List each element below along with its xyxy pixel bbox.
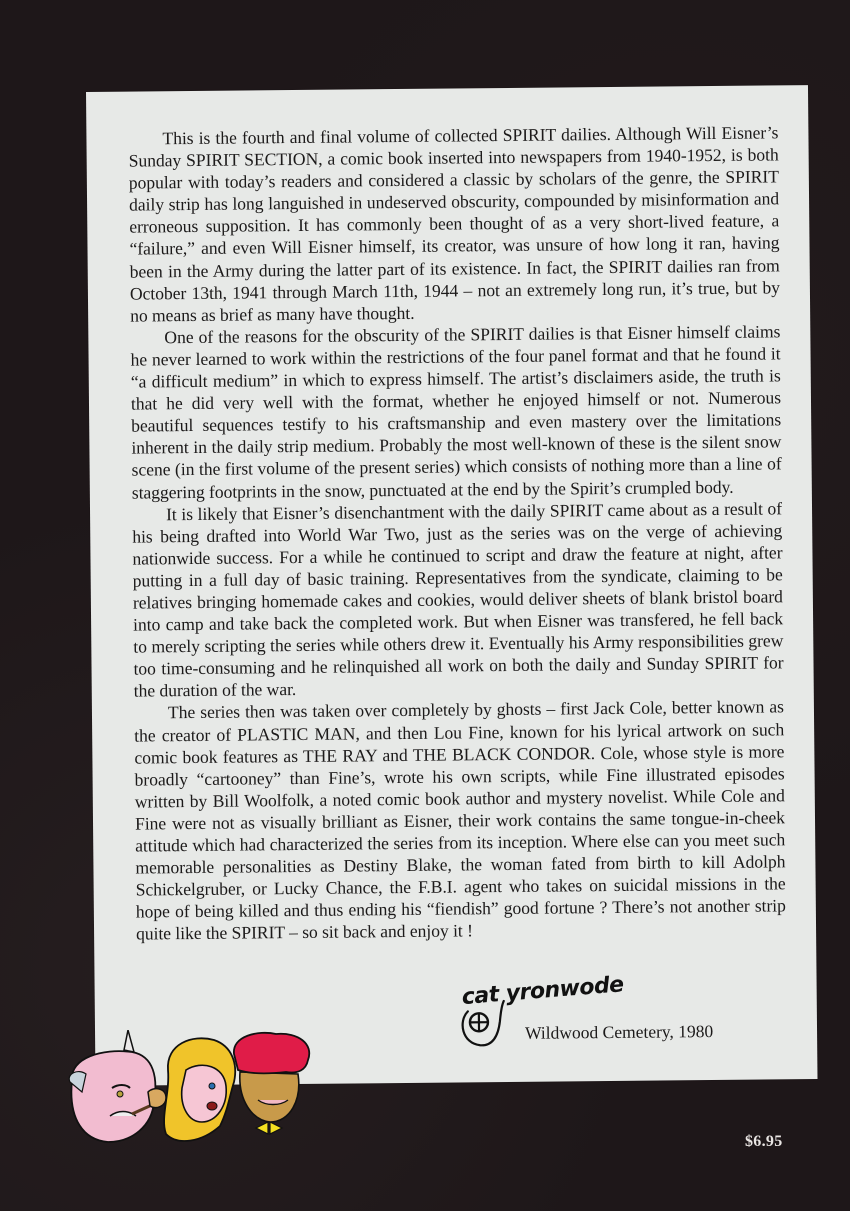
price-label: $6.95 xyxy=(745,1133,783,1151)
signature-block: cat yronwode Wildwood Cemetery, 1980 xyxy=(462,982,783,1065)
text-panel: This is the fourth and final volume of c… xyxy=(86,85,818,1086)
blonde-woman-head-icon xyxy=(164,1038,235,1141)
paragraph-3: It is likely that Eisner’s disenchantmen… xyxy=(132,497,784,702)
paragraph-4: The series then was taken over completel… xyxy=(134,696,786,945)
paragraph-2: One of the reasons for the obscurity of … xyxy=(130,320,782,503)
old-man-head-icon xyxy=(69,1030,166,1142)
signature-place-date: Wildwood Cemetery, 1980 xyxy=(525,1021,713,1044)
introduction-text: This is the fourth and final volume of c… xyxy=(128,121,786,945)
paragraph-1: This is the fourth and final volume of c… xyxy=(128,121,780,326)
boy-red-hat-head-icon xyxy=(234,1033,309,1134)
comic-characters-illustration xyxy=(62,1030,312,1155)
signature-flourish-icon xyxy=(458,999,518,1052)
